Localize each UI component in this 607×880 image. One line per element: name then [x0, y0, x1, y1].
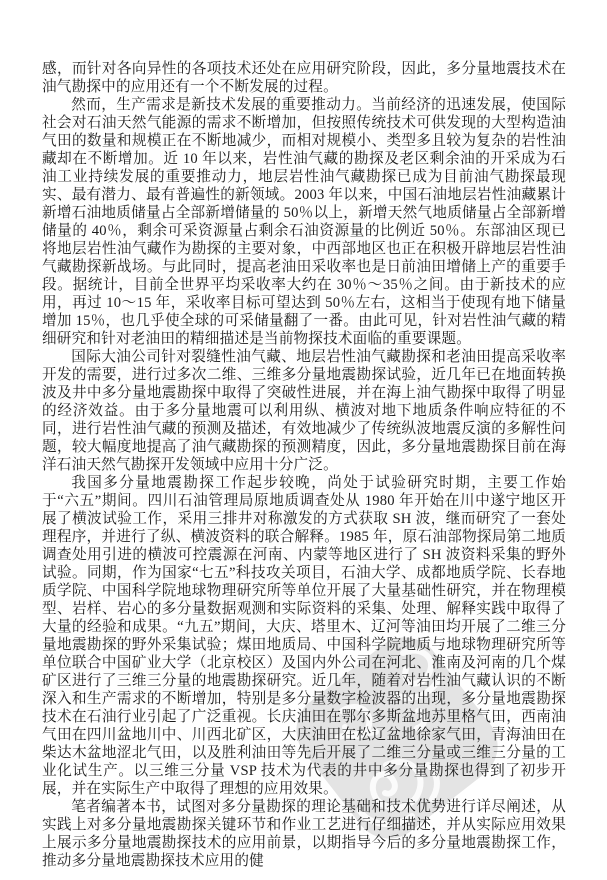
paragraph: 国际大油公司针对裂缝性油气藏、地层岩性油气藏勘探和老油田提高采收率开发的需要，进… [42, 348, 566, 474]
paragraph: 笔者编著本书，试图对多分量勘探的理论基础和技术优势进行详尽阐述，从实践上对多分量… [42, 798, 566, 870]
scanned-book-page: PDG 感，而针对各向异性的各项技术还处在应用研究阶段，因此，多分量地震技术在油… [0, 0, 607, 880]
paragraph: 然而，生产需求是新技术发展的重要推动力。当前经济的迅速发展，使国际社会对石油天然… [42, 96, 566, 348]
paragraph-continuation: 感，而针对各向异性的各项技术还处在应用研究阶段，因此，多分量地震技术在油气勘探中… [42, 60, 566, 96]
text-block: 感，而针对各向异性的各项技术还处在应用研究阶段，因此，多分量地震技术在油气勘探中… [42, 60, 566, 870]
paragraph: 我国多分量地震勘探工作起步较晚，尚处于试验研究时期，主要工作始于“六五”期间。四… [42, 474, 566, 798]
